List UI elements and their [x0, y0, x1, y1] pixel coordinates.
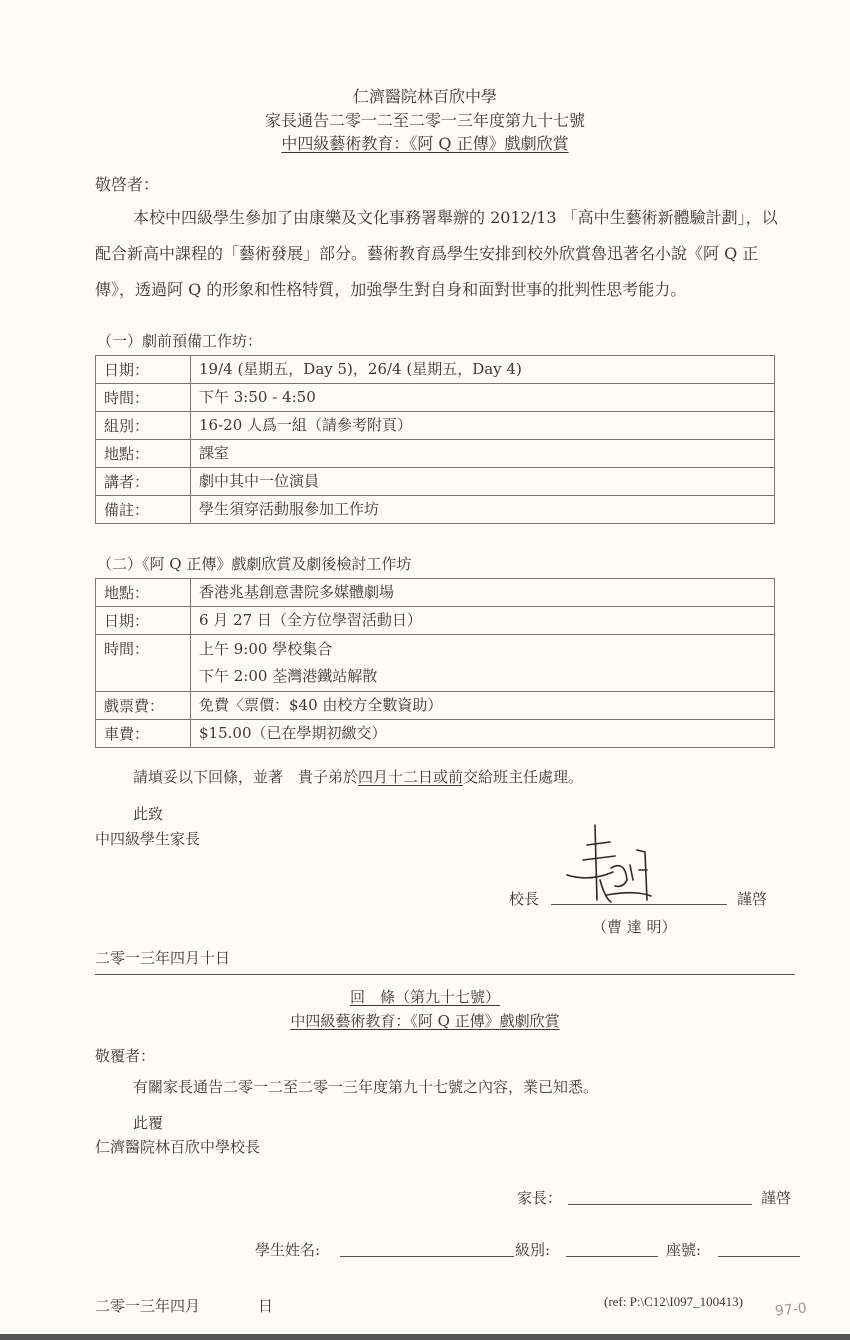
reply-date: 二零一三年四月 [95, 1296, 200, 1316]
seat-field[interactable] [718, 1256, 800, 1257]
table-row: 講者： 劇中其中一位演員 [96, 468, 775, 496]
parent-signature-field[interactable] [568, 1204, 752, 1205]
notice-subject: 中四級藝術教育：《阿 Q 正傳》戲劇欣賞 [0, 134, 850, 154]
notice-date: 二零一三年四月十日 [95, 948, 230, 968]
instruction-before: 請填妥以下回條，並著 貴子弟於 [133, 768, 358, 786]
row-key: 車費： [96, 720, 191, 748]
table-row: 地點： 香港兆基創意書院多媒體劇場 [96, 579, 775, 607]
body-line-3: 傳》，透過阿 Q 的形象和性格特質，加強學生對自身和面對世事的批判性思考能力。 [95, 272, 686, 308]
row-value-text: $15.00（已在學期初繳交） [199, 720, 774, 747]
salutation: 敬啓者： [95, 175, 159, 195]
reply-slip-title: 回 條（第九十七號） [0, 987, 850, 1007]
row-value: 6 月 27 日（全方位學習活動日） [191, 607, 775, 635]
principal-label: 校長 [509, 889, 539, 909]
reply-slip-subject: 中四級藝術教育：《阿 Q 正傳》戲劇欣賞 [0, 1011, 850, 1031]
reference-code: (ref: P:\C12\I097_100413) [604, 1294, 743, 1310]
reply-slip-title-text: 回 條（第九十七號） [350, 988, 500, 1006]
signature-icon [565, 820, 685, 910]
row-value: 香港兆基創意書院多媒體劇場 [191, 579, 775, 607]
reply-slip-subject-text: 中四級藝術教育：《阿 Q 正傳》戲劇欣賞 [290, 1012, 559, 1030]
row-value: 上午 9:00 學校集合 下午 2:00 荃灣港鐵站解散 [191, 635, 775, 692]
class-label: 級別: [515, 1240, 550, 1260]
row-value: 免費〈票價：$40 由校方全數資助） [191, 692, 775, 720]
row-key: 日期： [96, 607, 191, 635]
row-value-text: 香港兆基創意書院多媒體劇場 [199, 579, 774, 606]
performance-table: 地點： 香港兆基創意書院多媒體劇場 日期： 6 月 27 日（全方位學習活動日）… [95, 578, 775, 748]
instruction-deadline: 四月十二日或前 [358, 768, 463, 786]
body-line-1: 本校中四級學生參加了由康樂及文化事務署舉辦的 2012/13 「高中生藝術新體驗… [133, 200, 778, 236]
row-value-text: 學生須穿活動服參加工作坊 [199, 496, 774, 523]
row-key: 時間： [96, 384, 191, 412]
notice-number: 家長通告二零一二至二零一三年度第九十七號 [0, 111, 850, 131]
row-value: 16-20 人爲一組（請參考附頁） [191, 412, 775, 440]
section1-title: （一）劇前預備工作坊： [97, 331, 262, 351]
reply-body: 有關家長通告二零一二至二零一三年度第九十七號之內容，業已知悉。 [133, 1077, 598, 1097]
table-row: 戲票費： 免費〈票價：$40 由校方全數資助） [96, 692, 775, 720]
table-row: 車費： $15.00（已在學期初繳交） [96, 720, 775, 748]
student-name-label: 學生姓名: [255, 1240, 320, 1260]
row-key: 地點： [96, 579, 191, 607]
table-row: 日期： 6 月 27 日（全方位學習活動日） [96, 607, 775, 635]
parent-respect: 謹啓 [761, 1188, 791, 1208]
row-key: 日期： [96, 356, 191, 384]
row-key: 時間： [96, 635, 191, 692]
table-row: 組別： 16-20 人爲一組（請參考附頁） [96, 412, 775, 440]
reply-recipient: 仁濟醫院林百欣中學校長 [95, 1137, 260, 1157]
class-field[interactable] [566, 1256, 658, 1257]
row-key: 備註： [96, 496, 191, 524]
row-value: 課室 [191, 440, 775, 468]
row-value-text: 上午 9:00 學校集合 [199, 636, 774, 663]
parent-label: 家長： [517, 1188, 562, 1208]
row-value: 劇中其中一位演員 [191, 468, 775, 496]
closing-phrase: 此致 [133, 804, 163, 824]
row-value-text: 下午 2:00 荃灣港鐵站解散 [199, 663, 774, 690]
table-row: 時間： 下午 3:50 - 4:50 [96, 384, 775, 412]
table-row: 日期： 19/4 (星期五，Day 5)，26/4 (星期五，Day 4) [96, 356, 775, 384]
body-line-2: 配合新高中課程的「藝術發展」部分。藝術教育爲學生安排到校外欣賞魯迅著名小說《阿 … [95, 236, 758, 272]
row-value-text: 6 月 27 日（全方位學習活動日） [199, 607, 774, 634]
reply-salutation: 敬覆者： [95, 1046, 155, 1066]
cut-divider [95, 974, 795, 975]
row-key: 地點： [96, 440, 191, 468]
instruction-after: 交給班主任處理。 [463, 768, 583, 786]
reply-phrase: 此覆 [133, 1113, 163, 1133]
row-value-text: 劇中其中一位演員 [199, 468, 774, 495]
row-key: 講者： [96, 468, 191, 496]
principal-name: （曹 達 明） [592, 917, 677, 937]
notice-subject-text: 中四級藝術教育：《阿 Q 正傳》戲劇欣賞 [281, 134, 568, 153]
row-value: $15.00（已在學期初繳交） [191, 720, 775, 748]
row-value-text: 16-20 人爲一組（請參考附頁） [199, 412, 774, 439]
row-value: 19/4 (星期五，Day 5)，26/4 (星期五，Day 4) [191, 356, 775, 384]
seat-label: 座號: [666, 1240, 701, 1260]
table-row: 備註： 學生須穿活動服參加工作坊 [96, 496, 775, 524]
table-row: 地點： 課室 [96, 440, 775, 468]
student-name-field[interactable] [340, 1256, 514, 1257]
reply-day-label: 日 [258, 1296, 273, 1316]
scan-edge [0, 1334, 850, 1340]
row-value: 下午 3:50 - 4:50 [191, 384, 775, 412]
row-value-text: 免費〈票價：$40 由校方全數資助） [199, 692, 774, 719]
row-key: 組別： [96, 412, 191, 440]
row-value-text: 下午 3:50 - 4:50 [199, 384, 774, 411]
closing-recipient: 中四級學生家長 [95, 829, 200, 849]
instruction: 請填妥以下回條，並著 貴子弟於四月十二日或前交給班主任處理。 [133, 767, 583, 787]
row-value: 學生須穿活動服參加工作坊 [191, 496, 775, 524]
section2-title: （二）《阿 Q 正傳》戲劇欣賞及劇後檢討工作坊 [97, 554, 411, 574]
row-value-text: 19/4 (星期五，Day 5)，26/4 (星期五，Day 4) [199, 356, 774, 383]
school-name: 仁濟醫院林百欣中學 [0, 87, 850, 107]
workshop-table: 日期： 19/4 (星期五，Day 5)，26/4 (星期五，Day 4) 時間… [95, 355, 775, 524]
table-row: 時間： 上午 9:00 學校集合 下午 2:00 荃灣港鐵站解散 [96, 635, 775, 692]
principal-respect: 謹啓 [737, 889, 767, 909]
row-value-text: 課室 [199, 440, 774, 467]
handwritten-note: 97-0 [774, 1300, 807, 1319]
row-key: 戲票費： [96, 692, 191, 720]
